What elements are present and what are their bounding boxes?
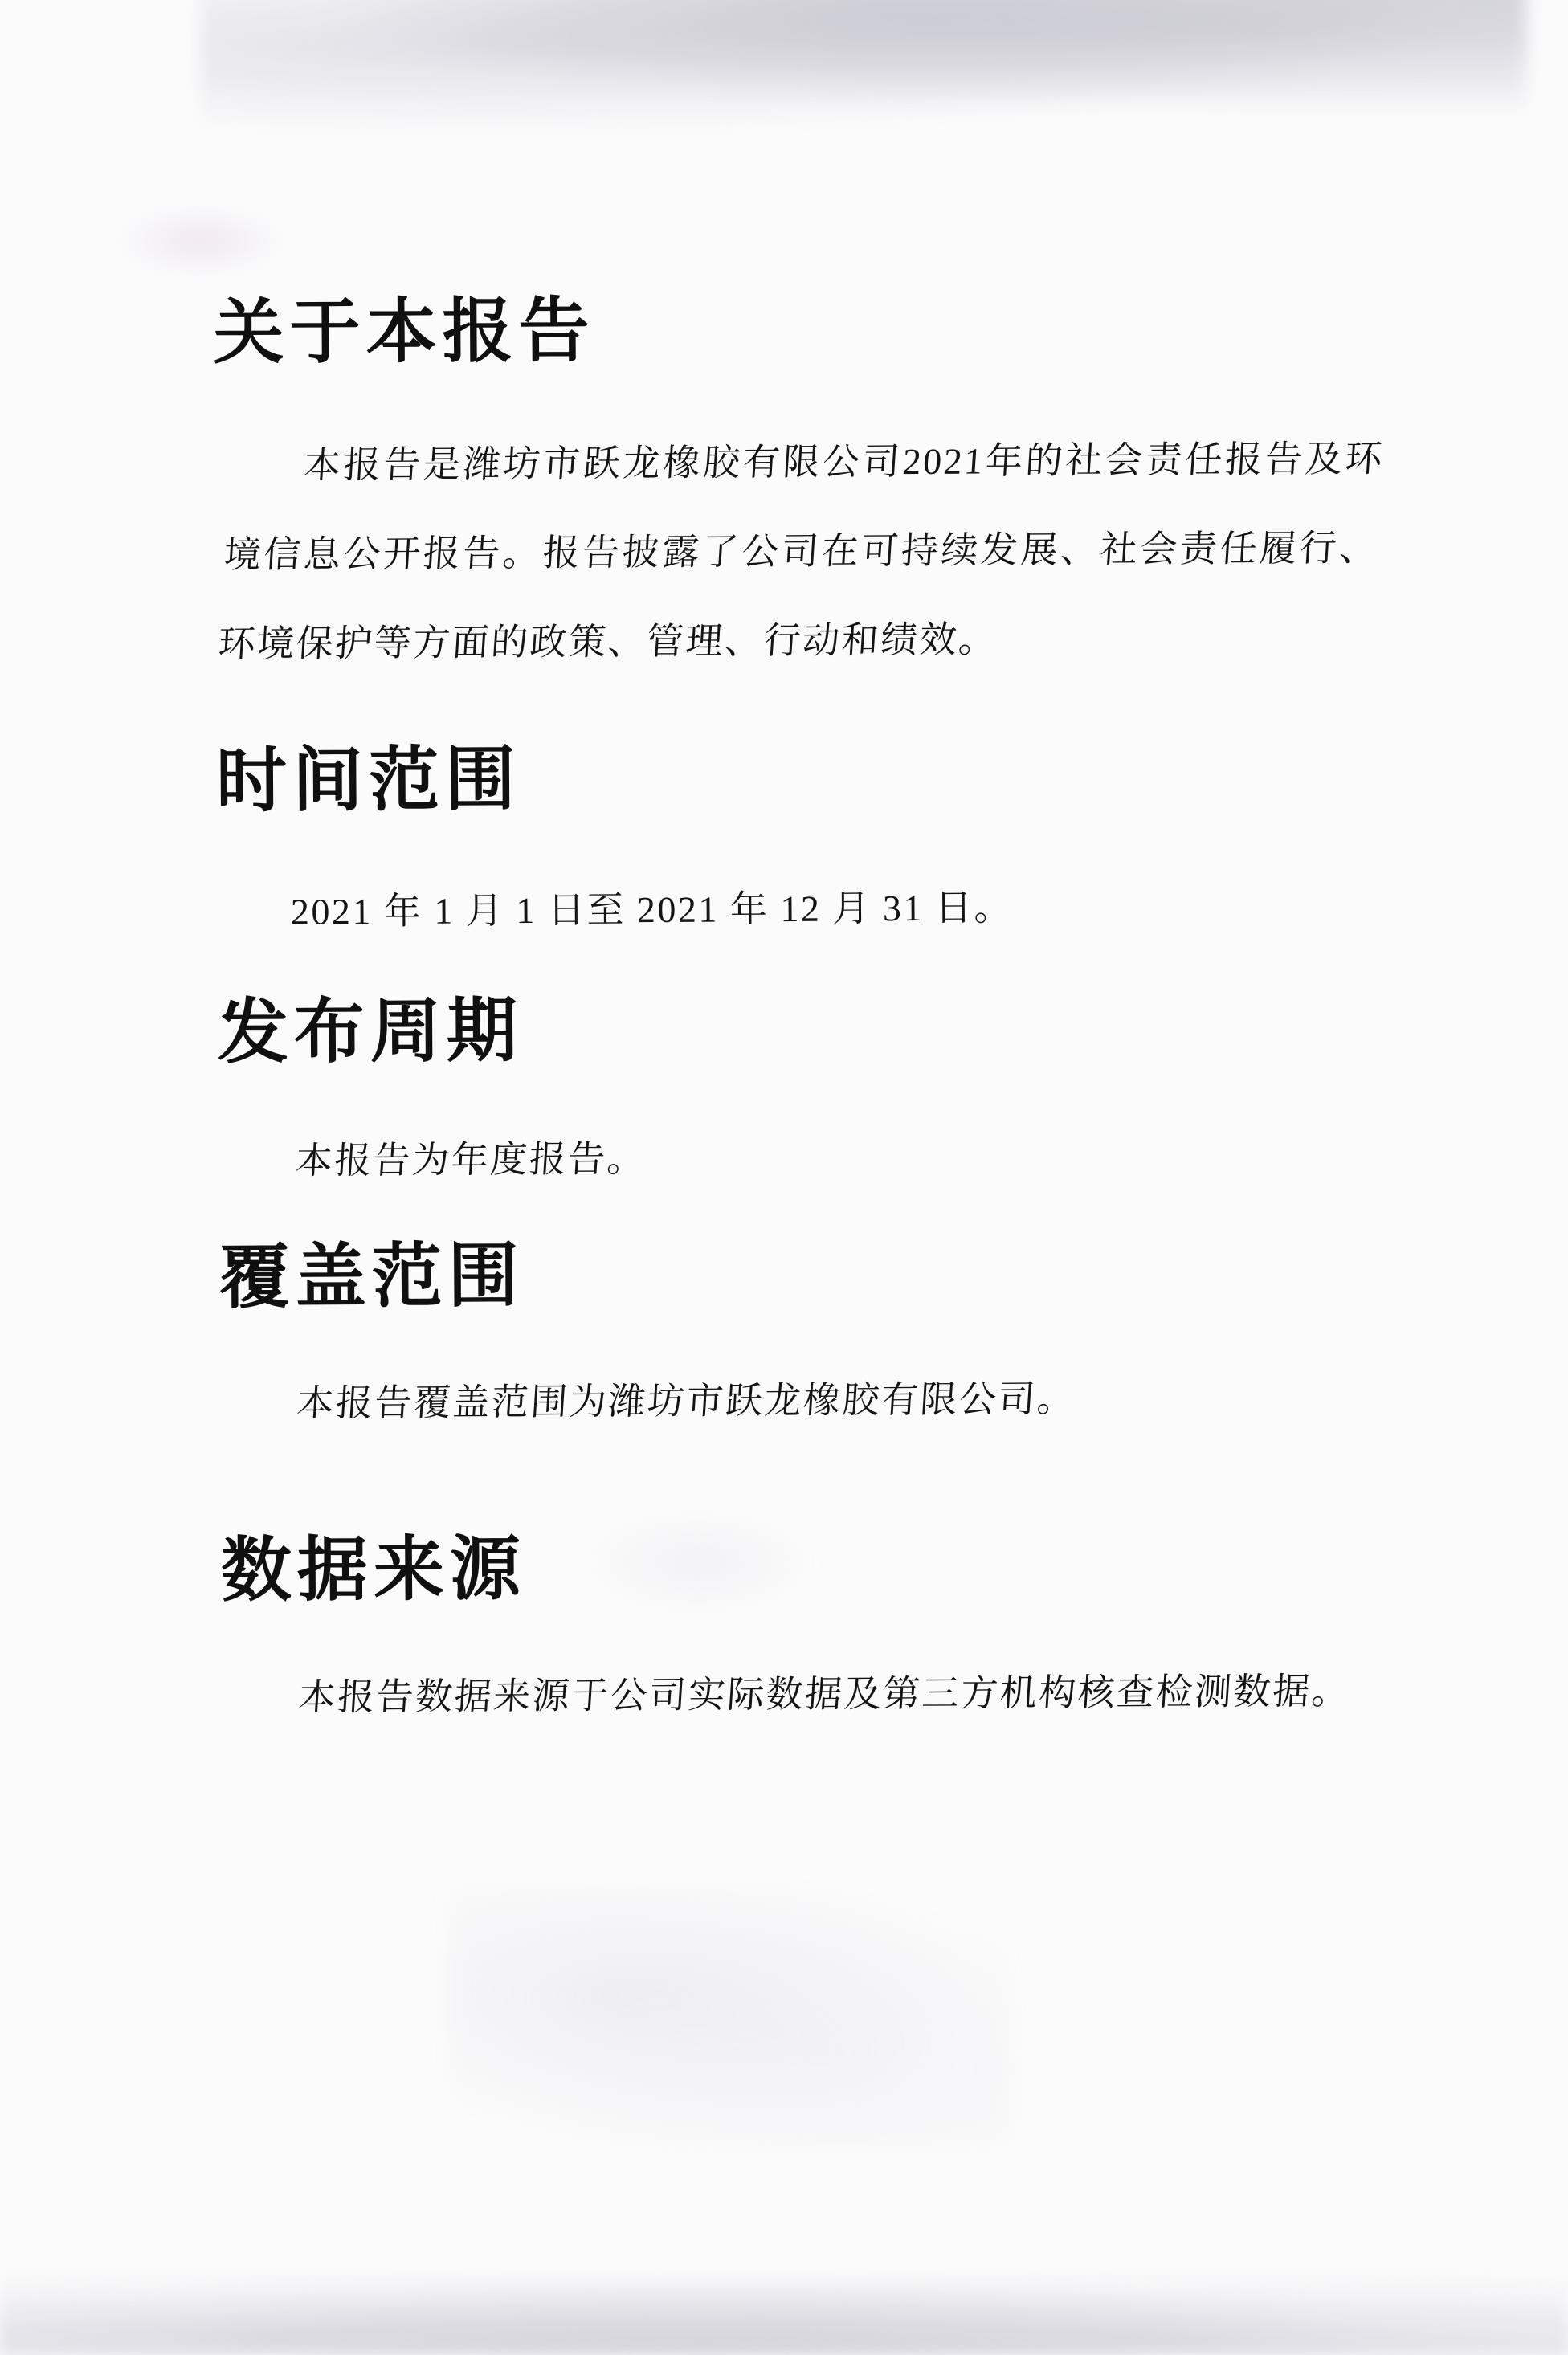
section-heading-publish-cycle: 发布周期	[218, 992, 524, 1071]
section-heading-data-source: 数据来源	[221, 1530, 527, 1610]
page-content: 关于本报告 本报告是潍坊市跃龙橡胶有限公司2021年的社会责任报告及环境信息公开…	[211, 0, 1380, 2355]
section-body-coverage-scope: 本报告覆盖范围为潍坊市跃龙橡胶有限公司。	[220, 1353, 1380, 1449]
section-body-data-source: 本报告数据来源于公司实际数据及第三方机构核查检测数据。	[222, 1647, 1382, 1743]
section-body-publish-cycle: 本报告为年度报告。	[218, 1110, 1378, 1206]
scanned-report-page: 关于本报告 本报告是潍坊市跃龙橡胶有限公司2021年的社会责任报告及环境信息公开…	[0, 0, 1568, 2355]
section-body-time-scope: 2021 年 1 月 1 日至 2021 年 12 月 31 日。	[217, 861, 1372, 957]
section-heading-about-report: 关于本报告	[213, 292, 595, 372]
section-body-about-report: 本报告是潍坊市跃龙橡胶有限公司2021年的社会责任报告及环境信息公开报告。报告披…	[215, 414, 1386, 688]
section-heading-coverage-scope: 覆盖范围	[218, 1237, 525, 1316]
section-heading-time-scope: 时间范围	[216, 741, 522, 820]
